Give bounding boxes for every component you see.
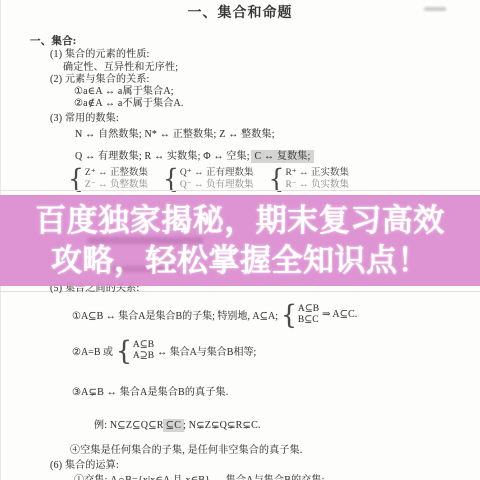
number-sets-line-2: Q ↔ 有理数集; R ↔ 实数集; Φ ↔ 空集; C ↔ 复数集; bbox=[75, 147, 313, 162]
brace-group-equality: { A⊆B A⊇B bbox=[116, 338, 154, 363]
item-5-a: ①A⊆B ↔ 集合A是集合B的子集; 特别地, A⊆A; { A⊆B B⊆C ⇒… bbox=[72, 302, 357, 327]
left-brace-glyph: { bbox=[116, 337, 132, 363]
group-top: R⁺ ↔ 正实数集 bbox=[285, 167, 349, 179]
example-chain-line: 例: N⊆Z⊆Q⊆R⊆C; N⊊Z⊊Q⊊R⊊C. bbox=[94, 416, 261, 431]
group-bottom: R⁻ ↔ 负实数集 bbox=[285, 179, 349, 191]
left-brace-glyph: { bbox=[269, 165, 285, 191]
example-chain-pre: 例: N⊆Z⊆Q⊆R bbox=[94, 420, 164, 431]
brace-group-integers: { Z⁺ ↔ 正整数集 Z⁻ ↔ 负整数集 bbox=[68, 166, 148, 191]
brace-bottom: A⊇B bbox=[133, 351, 154, 362]
signed-number-set-groups: { Z⁺ ↔ 正整数集 Z⁻ ↔ 负整数集 { Q⁺ ↔ 正有理数集 Q⁻ ↔ … bbox=[68, 166, 349, 191]
promo-banner-line-2: 攻略，轻松掌握全知识点！ bbox=[51, 241, 429, 281]
brace-bottom: B⊆C bbox=[298, 315, 319, 326]
brace-group-reals: { R⁺ ↔ 正实数集 R⁻ ↔ 负实数集 bbox=[269, 166, 350, 191]
example-chain-post: ; N⊊Z⊊Q⊊R⊊C. bbox=[183, 420, 261, 431]
item-5-d: ④空集是任何集合的子集, 是任何非空集合的真子集. bbox=[70, 441, 303, 456]
left-brace-glyph: { bbox=[281, 301, 297, 327]
horizontal-rule bbox=[0, 190, 480, 191]
group-top: Z⁺ ↔ 正整数集 bbox=[85, 167, 148, 179]
group-top: Q⁺ ↔ 正有理数集 bbox=[180, 167, 254, 179]
highlighted-complex-set: C ↔ 复数集; bbox=[252, 151, 312, 162]
left-brace-glyph: { bbox=[68, 165, 84, 191]
item-3-label: (3) 常用的数集: bbox=[50, 109, 119, 124]
promo-banner: 百度独家揭秘，期末复习高效 攻略，轻松掌握全知识点！ bbox=[0, 195, 480, 286]
brace-group-transitivity: { A⊆B B⊆C bbox=[281, 302, 319, 327]
brace-group-rationals: { Q⁺ ↔ 正有理数集 Q⁻ ↔ 负有理数集 bbox=[163, 166, 254, 191]
left-brace-glyph: { bbox=[163, 165, 179, 191]
item-2-b: ②a∉A ↔ a不属于集合A. bbox=[74, 94, 184, 109]
item-5-a-text: ①A⊆B ↔ 集合A是集合B的子集; 特别地, A⊆A; bbox=[72, 307, 278, 322]
item-5-c: ③A⊊B ↔ 集合A是集合B的真子集. bbox=[72, 383, 228, 398]
item-6-partial-line: ①交集: A∩B={x|x∈A 且 x∈B} ↔ 集合A与集合B的交集; bbox=[74, 471, 325, 480]
group-bottom: Q⁻ ↔ 负有理数集 bbox=[180, 179, 254, 191]
brace-top: A⊆B bbox=[298, 304, 319, 315]
scanned-notes-page: 一、集合和命题 一、集合: (1) 集合的元素的性质: 确定性、互异性和无序性;… bbox=[0, 0, 480, 480]
page-title: 一、集合和命题 bbox=[0, 2, 480, 22]
number-sets-line-1: N ↔ 自然数集; N* ↔ 正整数集; Z ↔ 整数集; bbox=[75, 125, 275, 140]
number-sets-line-2-text: Q ↔ 有理数集; R ↔ 实数集; Φ ↔ 空集; bbox=[75, 151, 252, 162]
item-5-b: ②A=B 或 { A⊆B A⊇B ↔ 集合A与集合B相等; bbox=[72, 338, 256, 363]
item-6-label: (6) 集合的运算: bbox=[50, 456, 119, 471]
group-bottom: Z⁻ ↔ 负整数集 bbox=[85, 179, 148, 191]
item-5-b-conclusion: ↔ 集合A与集合B相等; bbox=[157, 343, 256, 358]
highlighted-subset-c: ⊆C bbox=[164, 420, 183, 431]
item-5-a-conclusion: ⇒ A⊆C. bbox=[322, 309, 357, 320]
promo-banner-line-1: 百度独家揭秘，期末复习高效 bbox=[35, 201, 445, 241]
item-5-b-text: ②A=B 或 bbox=[72, 343, 113, 358]
brace-top: A⊆B bbox=[133, 340, 154, 351]
